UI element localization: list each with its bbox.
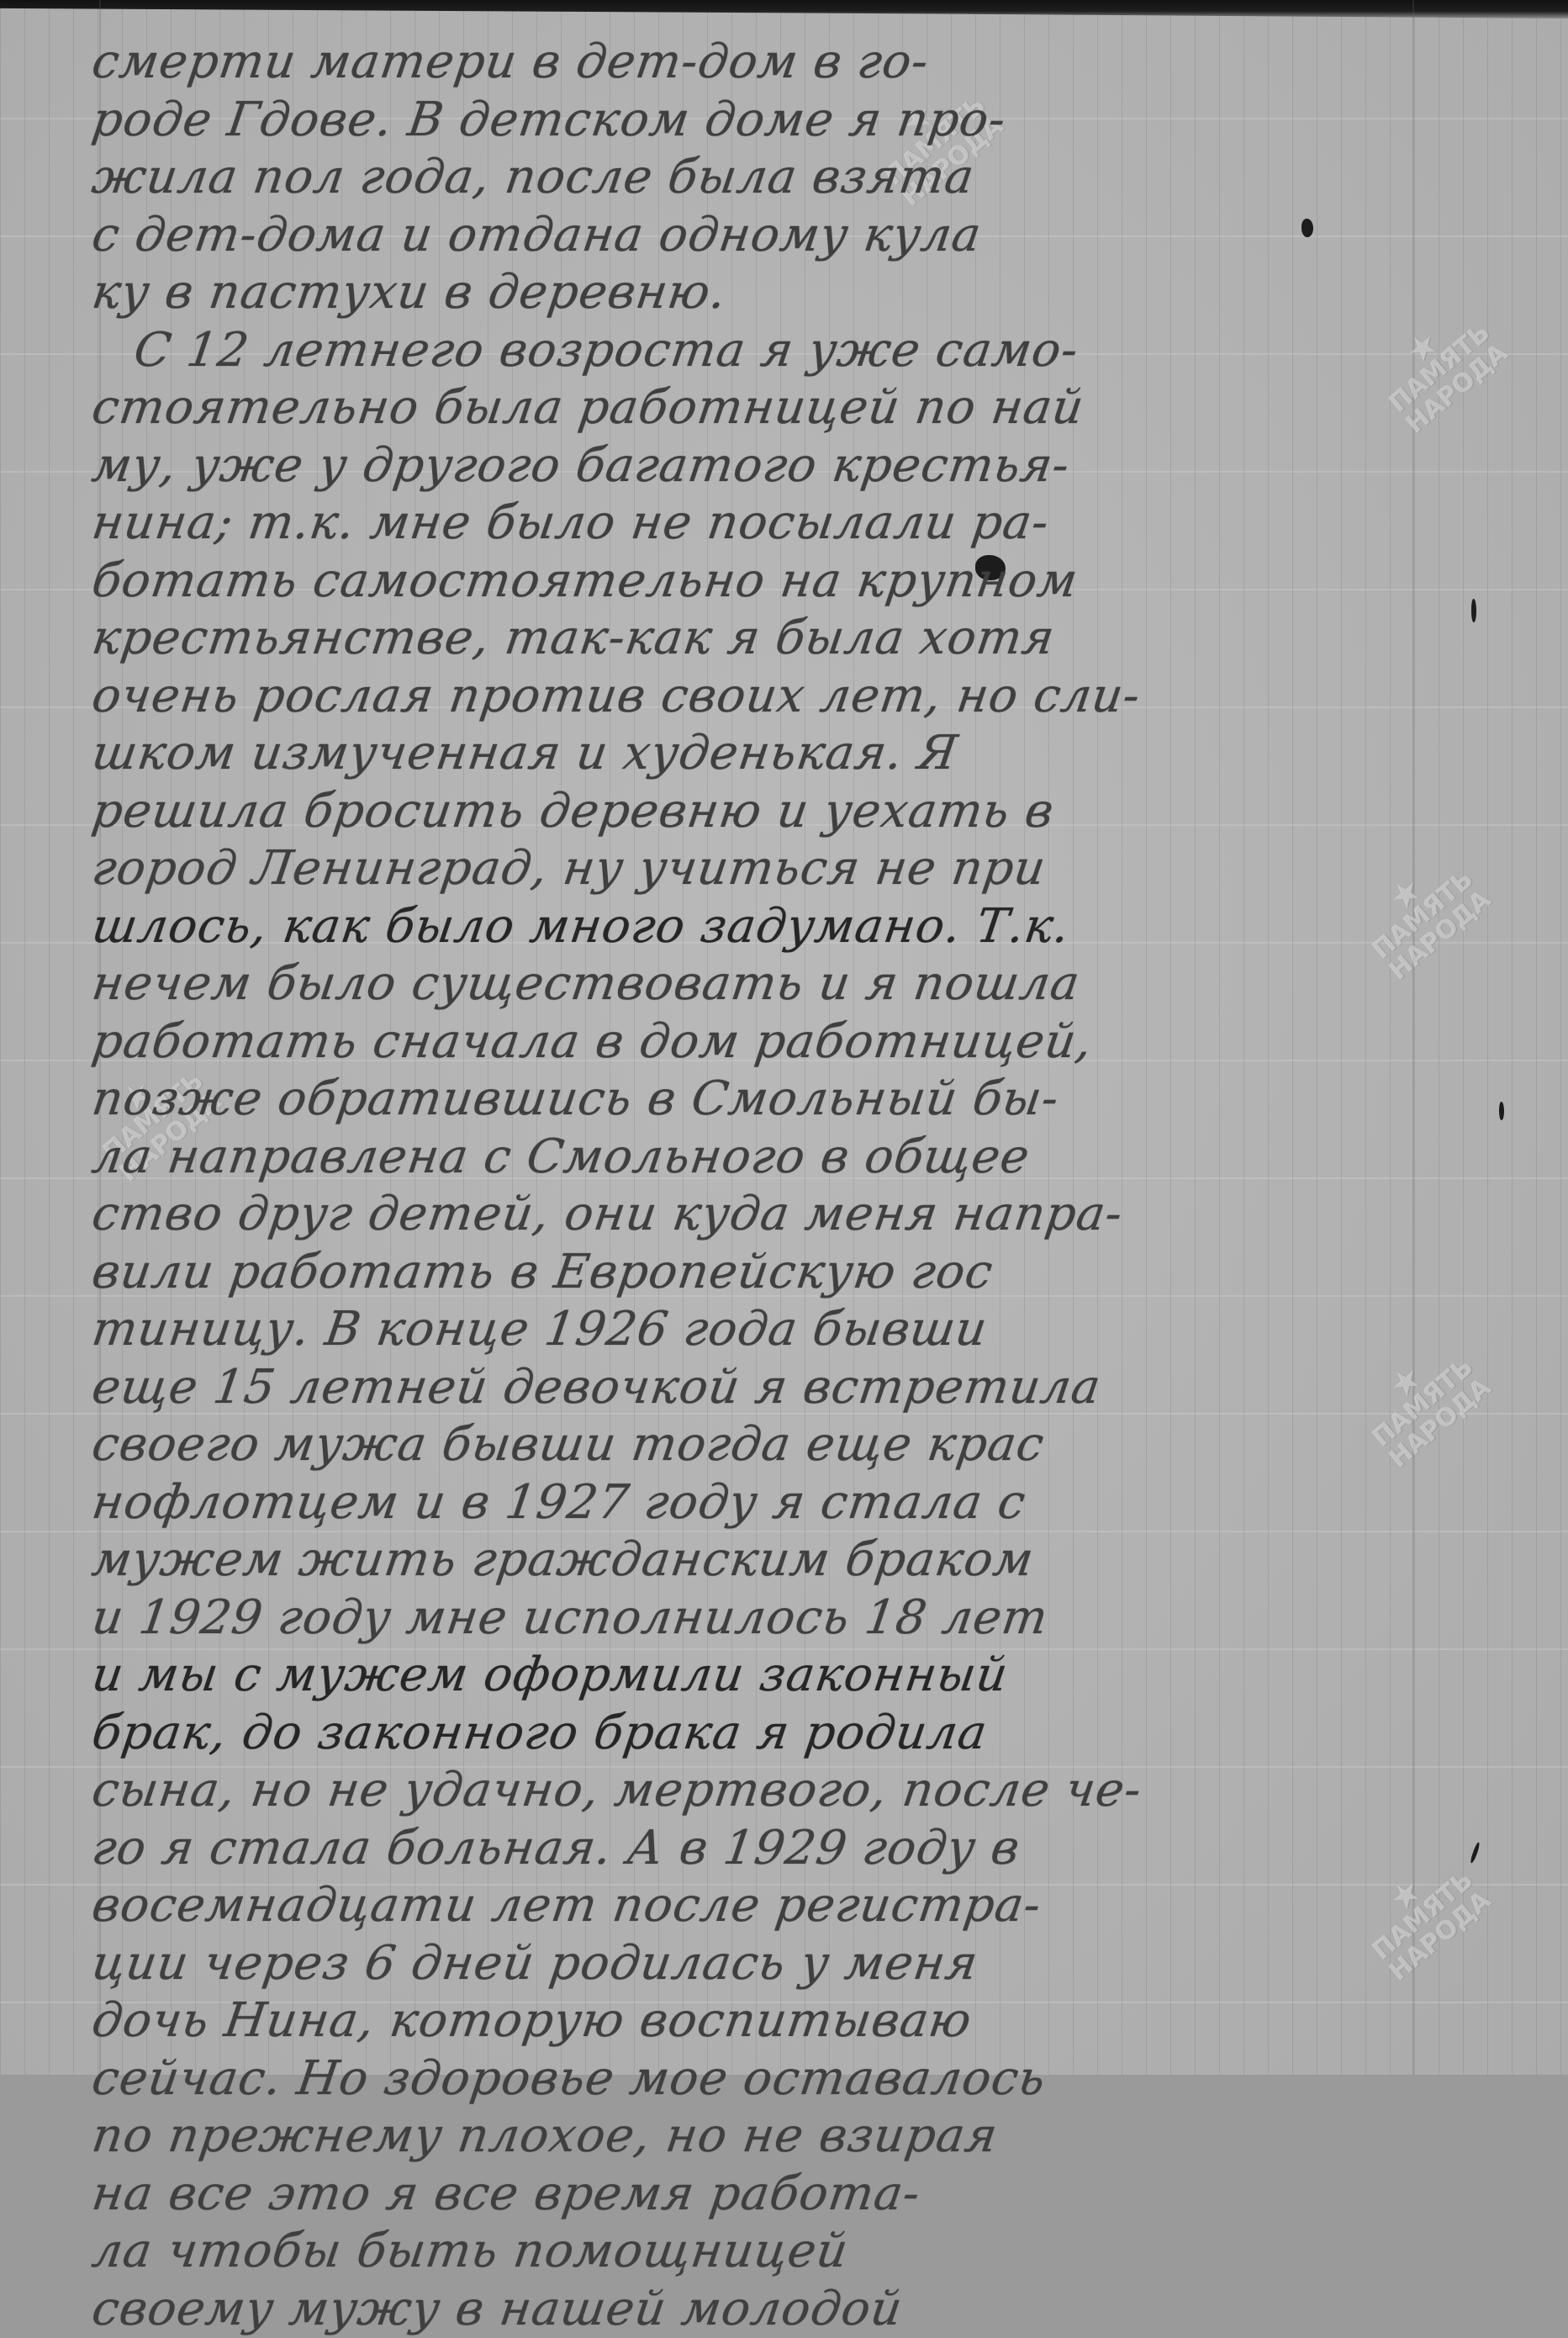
text-line: стоятельно была работницей по най	[88, 379, 1408, 437]
text-line: ботать самостоятельно на крупном	[88, 553, 1408, 611]
text-line: и мы с мужем оформили законный	[88, 1647, 1408, 1705]
text-line: своего мужа бывши тогда еще крас	[88, 1416, 1408, 1474]
text-line: и 1929 году мне исполнилось 18 лет	[88, 1590, 1408, 1648]
text-line: нофлотцем и в 1927 году я стала с	[88, 1474, 1408, 1532]
text-line: решила бросить деревню и уехать в	[88, 783, 1408, 841]
text-line: шком измученная и худенькая. Я	[88, 725, 1408, 783]
text-line: еще 15 летней девочкой я встретила	[88, 1359, 1408, 1417]
ink-blot	[1470, 1842, 1481, 1864]
text-line: очень рослая против своих лет, но сли-	[88, 668, 1408, 726]
text-line: брак, до законного брака я родила	[88, 1705, 1408, 1763]
scanned-page: ★ ПАМЯТЬ НАРОДА ★ ПАМЯТЬ НАРОДА ★ ПАМЯТЬ…	[0, 0, 1568, 2075]
text-line: нечем было существовать и я пошла	[88, 955, 1408, 1013]
text-line: ла направлена с Смольного в общее	[88, 1129, 1408, 1187]
text-line: крестьянстве, так-как я была хотя	[88, 610, 1408, 668]
handwritten-text: смерти матери в дет-дом в го- роде Гдове…	[92, 34, 1404, 2075]
ink-blot	[1499, 1102, 1504, 1120]
text-line: сейчас. Но здоровье мое оставалось	[88, 2050, 1408, 2076]
margin-rule	[1412, 0, 1414, 2075]
text-line: смерти матери в дет-дом в го-	[88, 34, 1408, 92]
text-line: ку в пастухи в деревню.	[88, 264, 1408, 322]
text-line: нина; т.к. мне было не посылали ра-	[88, 495, 1408, 553]
text-line: восемнадцати лет после регистра-	[88, 1877, 1408, 1935]
text-line: роде Гдове. В детском доме я про-	[88, 92, 1408, 150]
text-line: вили работать в Европейскую гос	[88, 1244, 1408, 1302]
text-line: жила пол года, после была взята	[88, 149, 1408, 207]
text-line: ство друг детей, они куда меня напра-	[88, 1186, 1408, 1244]
text-line: С 12 летнего возроста я уже само-	[88, 322, 1408, 380]
scan-top-edge	[0, 0, 1568, 19]
watermark-text: НАРОДА	[1401, 338, 1513, 440]
text-line: мужем жить гражданским браком	[88, 1531, 1408, 1590]
ink-blot	[1471, 599, 1476, 622]
text-line: му, уже у другого багатого крестья-	[88, 437, 1408, 495]
text-line: работать сначала в дом работницей,	[88, 1013, 1408, 1071]
text-line: ции через 6 дней родилась у меня	[88, 1935, 1408, 1993]
text-line: позже обратившись в Смольный бы-	[88, 1071, 1408, 1129]
text-line: го я стала больная. А в 1929 году в	[88, 1820, 1408, 1878]
text-line: сына, но не удачно, мертвого, после че-	[88, 1762, 1408, 1820]
text-line: с дет-дома и отдана одному кула	[88, 207, 1408, 265]
text-line: дочь Нина, которую воспитываю	[88, 1992, 1408, 2050]
text-line: шлось, как было много задумано. Т.к.	[88, 898, 1408, 956]
text-line: город Ленинград, ну учиться не при	[88, 840, 1408, 898]
text-line: тиницу. В конце 1926 года бывши	[88, 1301, 1408, 1359]
